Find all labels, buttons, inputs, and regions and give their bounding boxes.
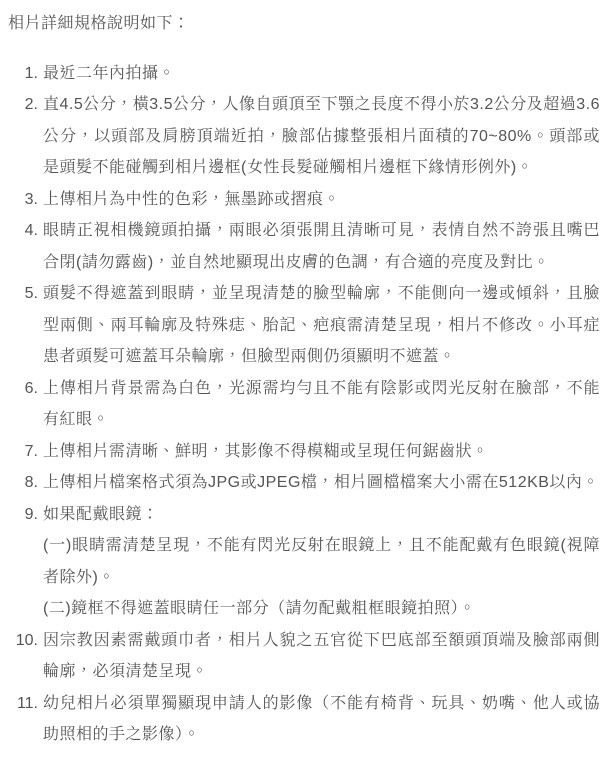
sub-item-text: (二)鏡框不得遮蓋眼睛任一部分（請勿配戴粗框眼鏡拍照）。 xyxy=(43,593,600,625)
list-item-number: 8. xyxy=(8,467,43,499)
list-item-number: 10. xyxy=(8,625,43,657)
page-title: 相片詳細規格說明如下： xyxy=(8,8,600,40)
list-item-text: 最近二年內拍攝。 xyxy=(43,58,600,90)
list-item-number: 1. xyxy=(8,58,43,90)
list-item-content: 最近二年內拍攝。 xyxy=(43,58,600,90)
spec-list-item: 5. 頭髮不得遮蓋到眼睛，並呈現清楚的臉型輪廓，不能側向一邊或傾斜，且臉型兩側、… xyxy=(8,278,600,373)
list-item-text: 眼睛正視相機鏡頭拍攝，兩眼必須張開且清晰可見，表情自然不誇張且嘴巴合閉(請勿露齒… xyxy=(43,215,600,278)
spec-list-item: 10. 因宗教因素需戴頭巾者，相片人貌之五官從下巴底部至額頭頂端及臉部兩側輪廓，… xyxy=(8,625,600,688)
spec-list: 1. 最近二年內拍攝。 2. 直4.5公分，橫3.5公分，人像自頭頂至下顎之長度… xyxy=(8,58,600,751)
list-item-text: 直4.5公分，橫3.5公分，人像自頭頂至下顎之長度不得小於3.2公分及超過3.6… xyxy=(43,89,600,184)
list-item-text: 頭髮不得遮蓋到眼睛，並呈現清楚的臉型輪廓，不能側向一邊或傾斜，且臉型兩側、兩耳輪… xyxy=(43,278,600,373)
spec-list-item: 7. 上傳相片需清晰、鮮明，其影像不得模糊或呈現任何鋸齒狀。 xyxy=(8,436,600,468)
list-item-content: 如果配戴眼鏡： (一)眼睛需清楚呈現，不能有閃光反射在眼鏡上，且不能配戴有色眼鏡… xyxy=(43,499,600,625)
spec-list-item: 1. 最近二年內拍攝。 xyxy=(8,58,600,90)
spec-list-item: 2. 直4.5公分，橫3.5公分，人像自頭頂至下顎之長度不得小於3.2公分及超過… xyxy=(8,89,600,184)
list-item-content: 上傳相片為中性的色彩，無墨跡或摺痕。 xyxy=(43,184,600,216)
list-item-number: 5. xyxy=(8,278,43,310)
spec-list-item: 9. 如果配戴眼鏡： (一)眼睛需清楚呈現，不能有閃光反射在眼鏡上，且不能配戴有… xyxy=(8,499,600,625)
list-item-number: 4. xyxy=(8,215,43,247)
photo-spec-document: 相片詳細規格說明如下： 1. 最近二年內拍攝。 2. 直4.5公分，橫3.5公分… xyxy=(0,0,603,751)
list-item-text: 因宗教因素需戴頭巾者，相片人貌之五官從下巴底部至額頭頂端及臉部兩側輪廓，必須清楚… xyxy=(43,625,600,688)
list-item-content: 上傳相片背景需為白色，光源需均勻且不能有陰影或閃光反射在臉部，不能有紅眼。 xyxy=(43,373,600,436)
sub-item-text: (一)眼睛需清楚呈現，不能有閃光反射在眼鏡上，且不能配戴有色眼鏡(視障者除外)。 xyxy=(43,530,600,593)
list-item-text: 上傳相片需清晰、鮮明，其影像不得模糊或呈現任何鋸齒狀。 xyxy=(43,436,600,468)
list-item-text: 幼兒相片必須單獨顯現申請人的影像（不能有椅背、玩具、奶嘴、他人或協助照相的手之影… xyxy=(43,688,600,751)
list-item-number: 7. xyxy=(8,436,43,468)
list-item-number: 2. xyxy=(8,89,43,121)
list-item-number: 3. xyxy=(8,184,43,216)
list-item-number: 9. xyxy=(8,499,43,531)
list-item-content: 直4.5公分，橫3.5公分，人像自頭頂至下顎之長度不得小於3.2公分及超過3.6… xyxy=(43,89,600,184)
list-item-text: 上傳相片為中性的色彩，無墨跡或摺痕。 xyxy=(43,184,600,216)
spec-list-item: 11. 幼兒相片必須單獨顯現申請人的影像（不能有椅背、玩具、奶嘴、他人或協助照相… xyxy=(8,688,600,751)
list-item-text: 如果配戴眼鏡： xyxy=(43,499,600,531)
list-item-content: 上傳相片需清晰、鮮明，其影像不得模糊或呈現任何鋸齒狀。 xyxy=(43,436,600,468)
list-item-content: 上傳相片檔案格式須為JPG或JPEG檔，相片圖檔檔案大小需在512KB以內。 xyxy=(43,467,600,499)
spec-list-item: 6. 上傳相片背景需為白色，光源需均勻且不能有陰影或閃光反射在臉部，不能有紅眼。 xyxy=(8,373,600,436)
list-item-content: 頭髮不得遮蓋到眼睛，並呈現清楚的臉型輪廓，不能側向一邊或傾斜，且臉型兩側、兩耳輪… xyxy=(43,278,600,373)
list-item-number: 11. xyxy=(8,688,43,720)
list-item-content: 眼睛正視相機鏡頭拍攝，兩眼必須張開且清晰可見，表情自然不誇張且嘴巴合閉(請勿露齒… xyxy=(43,215,600,278)
list-item-content: 幼兒相片必須單獨顯現申請人的影像（不能有椅背、玩具、奶嘴、他人或協助照相的手之影… xyxy=(43,688,600,751)
spec-list-item: 8. 上傳相片檔案格式須為JPG或JPEG檔，相片圖檔檔案大小需在512KB以內… xyxy=(8,467,600,499)
list-item-text: 上傳相片背景需為白色，光源需均勻且不能有陰影或閃光反射在臉部，不能有紅眼。 xyxy=(43,373,600,436)
spec-list-item: 3. 上傳相片為中性的色彩，無墨跡或摺痕。 xyxy=(8,184,600,216)
spec-list-item: 4. 眼睛正視相機鏡頭拍攝，兩眼必須張開且清晰可見，表情自然不誇張且嘴巴合閉(請… xyxy=(8,215,600,278)
list-item-text: 上傳相片檔案格式須為JPG或JPEG檔，相片圖檔檔案大小需在512KB以內。 xyxy=(43,467,600,499)
list-item-number: 6. xyxy=(8,373,43,405)
list-item-content: 因宗教因素需戴頭巾者，相片人貌之五官從下巴底部至額頭頂端及臉部兩側輪廓，必須清楚… xyxy=(43,625,600,688)
